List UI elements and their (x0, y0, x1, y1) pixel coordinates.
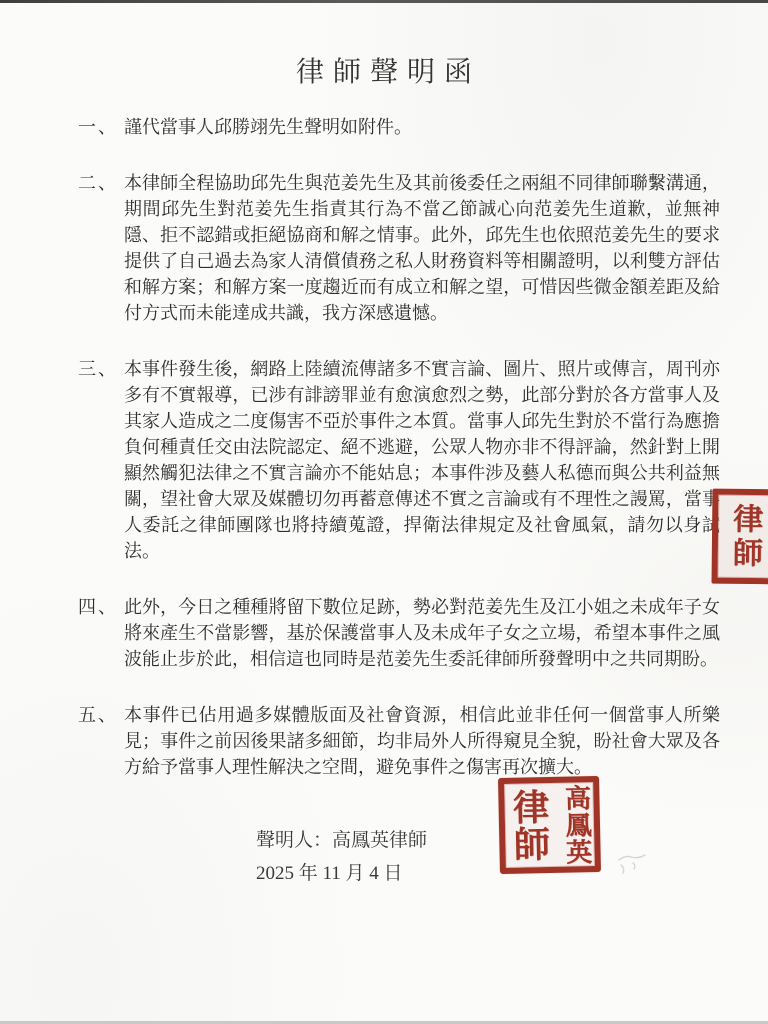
statement-body: 一、 謹代當事人邱勝翊先生聲明如附件。 二、 本律師全程協助邱先生與范姜先生及其… (0, 114, 768, 890)
item-text: 本律師全程協助邱先生與范姜先生及其前後委任之兩組不同律師聯繫溝通，期間邱先生對范… (124, 170, 720, 326)
item-number: 一、 (78, 114, 124, 140)
statement-item-4: 四、 此外，今日之種種將留下數位足跡，勢必對范姜先生及江小姐之未成年子女將來產生… (78, 594, 723, 672)
seal-text-column-left: 律師 (503, 788, 556, 863)
lawyer-signature-seal: 高鳳英 律師 (498, 776, 601, 874)
item-number: 五、 (78, 702, 124, 780)
edge-seal-text: 律師 (722, 502, 767, 570)
scan-edge-artifact-top (0, 0, 768, 3)
statement-item-3: 三、 本事件發生後，網路上陸續流傳諸多不實言論、圖片、照片或傳言，周刊亦多有不實… (78, 356, 723, 564)
item-text: 本事件已佔用過多媒體版面及社會資源，相信此並非任何一個當事人所樂見；事件之前因後… (124, 702, 720, 780)
item-number: 四、 (78, 594, 124, 672)
scanned-lawyer-statement: 律師聲明函 一、 謹代當事人邱勝翊先生聲明如附件。 二、 本律師全程協助邱先生與… (0, 0, 768, 1024)
item-text: 謹代當事人邱勝翊先生聲明如附件。 (124, 114, 720, 140)
seal-text-column-right: 高鳳英 (557, 784, 596, 866)
statement-item-1: 一、 謹代當事人邱勝翊先生聲明如附件。 (78, 114, 723, 140)
page-title: 律師聲明函 (0, 0, 768, 90)
item-number: 二、 (78, 170, 124, 326)
statement-item-2: 二、 本律師全程協助邱先生與范姜先生及其前後委任之兩組不同律師聯繫溝通，期間邱先… (78, 170, 723, 326)
item-text: 此外，今日之種種將留下數位足跡，勢必對范姜先生及江小姐之未成年子女將來產生不當影… (124, 594, 720, 672)
statement-item-5: 五、 本事件已佔用過多媒體版面及社會資源，相信此並非任何一個當事人所樂見；事件之… (78, 702, 723, 780)
pencil-scribble-mark (616, 852, 650, 880)
item-number: 三、 (78, 356, 124, 564)
item-text: 本事件發生後，網路上陸續流傳諸多不實言論、圖片、照片或傳言，周刊亦多有不實報導，… (124, 356, 720, 564)
page-edge-seal: 律師 (712, 489, 768, 585)
